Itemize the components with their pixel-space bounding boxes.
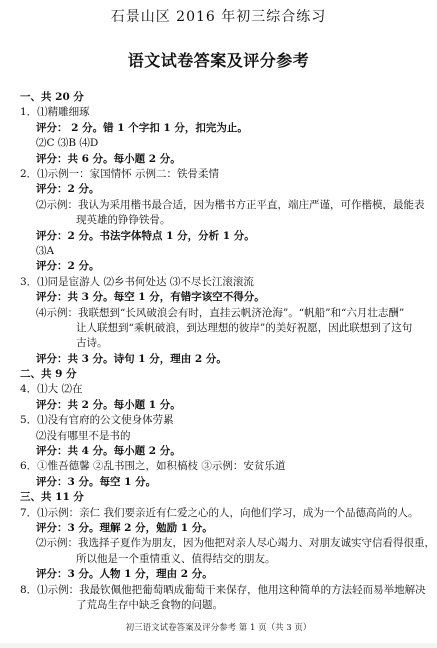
- answer-line: ⑷示例：我联想到“长风破浪会有时，直挂云帆济沧海”。“帆船”和“六月壮志酬”: [36, 306, 404, 320]
- scoring-line: 一、共 20 分: [20, 90, 84, 104]
- answer-line: 4．⑴大 ⑵在: [20, 382, 83, 396]
- scoring-line: 评分：共 3 分。诗句 1 分，理由 2 分。: [36, 352, 227, 366]
- scoring-line: 评分： 2 分。错 1 个字扣 1 分，扣完为止。: [36, 121, 248, 135]
- document-page: 石景山区 2016 年初三综合练习 语文试卷答案及评分参考 一、共 20 分1．…: [0, 0, 437, 643]
- answer-line: 了荒岛生存中缺乏食物的问题。: [76, 598, 223, 612]
- scoring-line: 评分：3 分。人物 1 分，理由 2 分。: [36, 567, 213, 581]
- document-title: 石景山区 2016 年初三综合练习: [0, 6, 437, 26]
- scoring-line: 评分：2 分。: [36, 182, 99, 196]
- scoring-line: 评分：共 6 分。每小题 2 分。: [36, 152, 181, 166]
- scoring-line: 评分：2 分。书法字体特点 1 分，分析 1 分。: [36, 229, 255, 243]
- answer-line: 所以他是一个重情重义、值得结交的朋友。: [76, 552, 276, 566]
- scoring-line: 三、共 11 分: [20, 490, 84, 504]
- answer-line: 古诗。: [76, 336, 108, 350]
- answer-line: ⑵示例：我认为采用楷书最合适，因为楷书方正平直，端庄严谨，可作楷模，最能表: [36, 198, 425, 212]
- answer-line: 7．⑴示例：亲仁 我们要亲近有仁爱之心的人，向他们学习，成为一个品德高尚的人。: [20, 506, 419, 520]
- answer-line: ⑵没有哪里不是书的: [36, 429, 131, 443]
- answer-line: 1．⑴精雕细琢: [20, 105, 90, 119]
- answer-line: ⑶A: [36, 244, 54, 258]
- scoring-line: 评分：3 分。理解 2 分，勉励 1 分。: [36, 521, 213, 535]
- answer-line: 5．⑴没有官府的公文使身体劳累: [20, 413, 174, 427]
- answer-line: ⑵C ⑶B ⑷D: [36, 136, 98, 150]
- scoring-line: 二、共 9 分: [20, 367, 77, 381]
- scoring-line: 评分：2 分。: [36, 259, 99, 273]
- scoring-line: 评分：共 2 分。每小题 1 分。: [36, 398, 181, 412]
- answer-line: 3．⑴同是宦游人 ⑵乡书何处达 ⑶不尽长江滚滚流: [20, 275, 254, 289]
- page-footer: 初三语文试卷答案及评分参考 第 1 页（共 3 页）: [0, 621, 437, 633]
- answer-line: ⑵示例：我选择子夏作为朋友，因为他把对亲人尽心竭力、对朋友诚实守信看得很重，: [36, 536, 435, 550]
- answer-line: 2．⑴示例一：家国情怀 示例二：铁骨柔情: [20, 167, 219, 181]
- answer-line: 8．⑴示例：我最钦佩他把葡萄晒成葡萄干来保存，他用这种简单的方法轻而易举地解决: [20, 583, 426, 597]
- scoring-line: 评分：共 3 分。每空 1 分，有错字该空不得分。: [36, 290, 265, 304]
- answer-line: 6．①惟吾德馨 ②乱书围之，如积槁枝 ③示例：安贫乐道: [20, 459, 285, 473]
- document-subtitle: 语文试卷答案及评分参考: [0, 48, 437, 71]
- answer-line: 让人联想到“乘帆破浪，到达理想的彼岸”的美好祝愿，因此联想到了这句: [76, 321, 412, 335]
- answer-line: 现英雄的铮铮铁骨。: [76, 213, 171, 227]
- scoring-line: 评分：3 分。每空 1 分。: [36, 475, 156, 489]
- scoring-line: 评分：共 4 分。每小题 2 分。: [36, 444, 181, 458]
